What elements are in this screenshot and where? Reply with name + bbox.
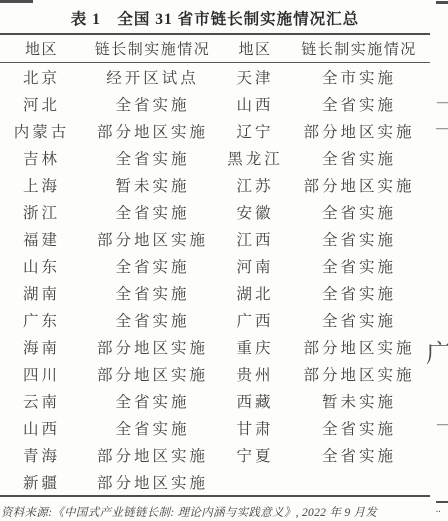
status-cell: 经开区试点	[80, 63, 222, 90]
table-row: 山西全省实施甘肃全省实施	[0, 414, 430, 441]
table-row: 青海部分地区实施宁夏全省实施	[0, 441, 430, 468]
region-cell: 天津	[222, 63, 285, 90]
status-cell: 全省实施	[80, 306, 222, 333]
status-cell: 全省实施	[285, 144, 430, 171]
region-cell: 江苏	[222, 171, 285, 198]
table-row: 云南全省实施西藏暂未实施	[0, 387, 430, 414]
status-cell: 部分地区实施	[80, 333, 222, 360]
status-cell: 全省实施	[285, 279, 430, 306]
status-cell	[285, 468, 430, 495]
header-status-right: 链长制实施情况	[285, 35, 430, 62]
cropped-char-guang: 广	[426, 342, 448, 367]
table-row: 内蒙古部分地区实施辽宁部分地区实施	[0, 117, 430, 144]
status-cell: 全省实施	[285, 90, 430, 117]
status-cell: 全省实施	[80, 414, 222, 441]
table-row: 吉林全省实施黑龙江全省实施	[0, 144, 430, 171]
status-cell: 部分地区实施	[285, 171, 430, 198]
region-cell: 山东	[0, 252, 80, 279]
status-cell: 部分地区实施	[80, 441, 222, 468]
status-cell: 全省实施	[285, 414, 430, 441]
region-cell: 河北	[0, 90, 80, 117]
table-row: 河北全省实施山西全省实施	[0, 90, 430, 117]
region-cell: 湖南	[0, 279, 80, 306]
region-cell: 浙江	[0, 198, 80, 225]
paper-table-page: 表 1 全国 31 省市链长制实施情况汇总 地区 链长制实施情况 地区 链长制实…	[0, 0, 448, 521]
status-cell: 全省实施	[285, 252, 430, 279]
region-cell: 西藏	[222, 387, 285, 414]
cropped-source-marks: ..	[436, 505, 441, 515]
region-cell: 吉林	[0, 144, 80, 171]
region-cell: 辽宁	[222, 117, 285, 144]
table-title: 表 1 全国 31 省市链长制实施情况汇总	[0, 7, 430, 29]
status-cell: 全省实施	[285, 306, 430, 333]
table-row: 福建部分地区实施江西全省实施	[0, 225, 430, 252]
table-row: 新疆部分地区实施	[0, 468, 430, 495]
region-cell: 海南	[0, 333, 80, 360]
table-row: 北京经开区试点天津全市实施	[0, 63, 430, 90]
table-row: 广东全省实施广西全省实施	[0, 306, 430, 333]
cropped-line-top-left	[0, 0, 33, 3]
status-cell: 全省实施	[285, 198, 430, 225]
region-cell: 福建	[0, 225, 80, 252]
cropped-dash-1: —	[437, 96, 448, 110]
region-cell	[222, 468, 285, 495]
cropped-dash-3: —	[437, 418, 448, 432]
table-body: 北京经开区试点天津全市实施河北全省实施山西全省实施内蒙古部分地区实施辽宁部分地区…	[0, 63, 430, 495]
region-cell: 青海	[0, 441, 80, 468]
status-cell: 暂未实施	[80, 171, 222, 198]
status-cell: 全省实施	[80, 279, 222, 306]
status-cell: 部分地区实施	[80, 360, 222, 387]
region-cell: 北京	[0, 63, 80, 90]
region-cell: 湖北	[222, 279, 285, 306]
region-cell: 黑龙江	[222, 144, 285, 171]
status-cell: 全省实施	[80, 387, 222, 414]
region-cell: 宁夏	[222, 441, 285, 468]
header-region-right: 地区	[222, 35, 285, 62]
region-cell: 上海	[0, 171, 80, 198]
region-cell: 广西	[222, 306, 285, 333]
region-cell: 江西	[222, 225, 285, 252]
status-cell: 部分地区实施	[80, 225, 222, 252]
region-cell: 山西	[0, 414, 80, 441]
region-cell: 安徽	[222, 198, 285, 225]
region-cell: 河南	[222, 252, 285, 279]
header-status-left: 链长制实施情况	[80, 35, 222, 62]
cropped-line-bottom-right	[436, 501, 448, 503]
status-cell: 暂未实施	[285, 387, 430, 414]
status-cell: 全省实施	[80, 252, 222, 279]
status-cell: 全省实施	[80, 144, 222, 171]
cropped-dash-2: —	[436, 122, 448, 136]
region-cell: 重庆	[222, 333, 285, 360]
status-cell: 全省实施	[285, 441, 430, 468]
region-cell: 四川	[0, 360, 80, 387]
status-cell: 全省实施	[80, 198, 222, 225]
region-cell: 广东	[0, 306, 80, 333]
region-cell: 云南	[0, 387, 80, 414]
region-cell: 内蒙古	[0, 117, 80, 144]
status-cell: 部分地区实施	[80, 468, 222, 495]
region-cell: 新疆	[0, 468, 80, 495]
table-row: 四川部分地区实施贵州部分地区实施	[0, 360, 430, 387]
status-cell: 部分地区实施	[285, 333, 430, 360]
table-row: 湖南全省实施湖北全省实施	[0, 279, 430, 306]
status-cell: 部分地区实施	[285, 360, 430, 387]
source-note: 资料来源:《中国式产业链链长制: 理论内涵与实践意义》, 2022 年 9 月发	[1, 504, 377, 520]
table-row: 海南部分地区实施重庆部分地区实施	[0, 333, 430, 360]
status-cell: 全省实施	[80, 90, 222, 117]
region-cell: 贵州	[222, 360, 285, 387]
status-cell: 部分地区实施	[80, 117, 222, 144]
status-cell: 部分地区实施	[285, 117, 430, 144]
cropped-line-top-right	[436, 1, 448, 4]
status-cell: 全省实施	[285, 225, 430, 252]
provinces-implementation-table: 地区 链长制实施情况 地区 链长制实施情况 北京经开区试点天津全市实施河北全省实…	[0, 33, 430, 497]
table-row: 浙江全省实施安徽全省实施	[0, 198, 430, 225]
region-cell: 山西	[222, 90, 285, 117]
table-row: 山东全省实施河南全省实施	[0, 252, 430, 279]
status-cell: 全市实施	[285, 63, 430, 90]
table-row: 上海暂未实施江苏部分地区实施	[0, 171, 430, 198]
region-cell: 甘肃	[222, 414, 285, 441]
table-header-row: 地区 链长制实施情况 地区 链长制实施情况	[0, 35, 430, 63]
header-region-left: 地区	[0, 35, 80, 62]
